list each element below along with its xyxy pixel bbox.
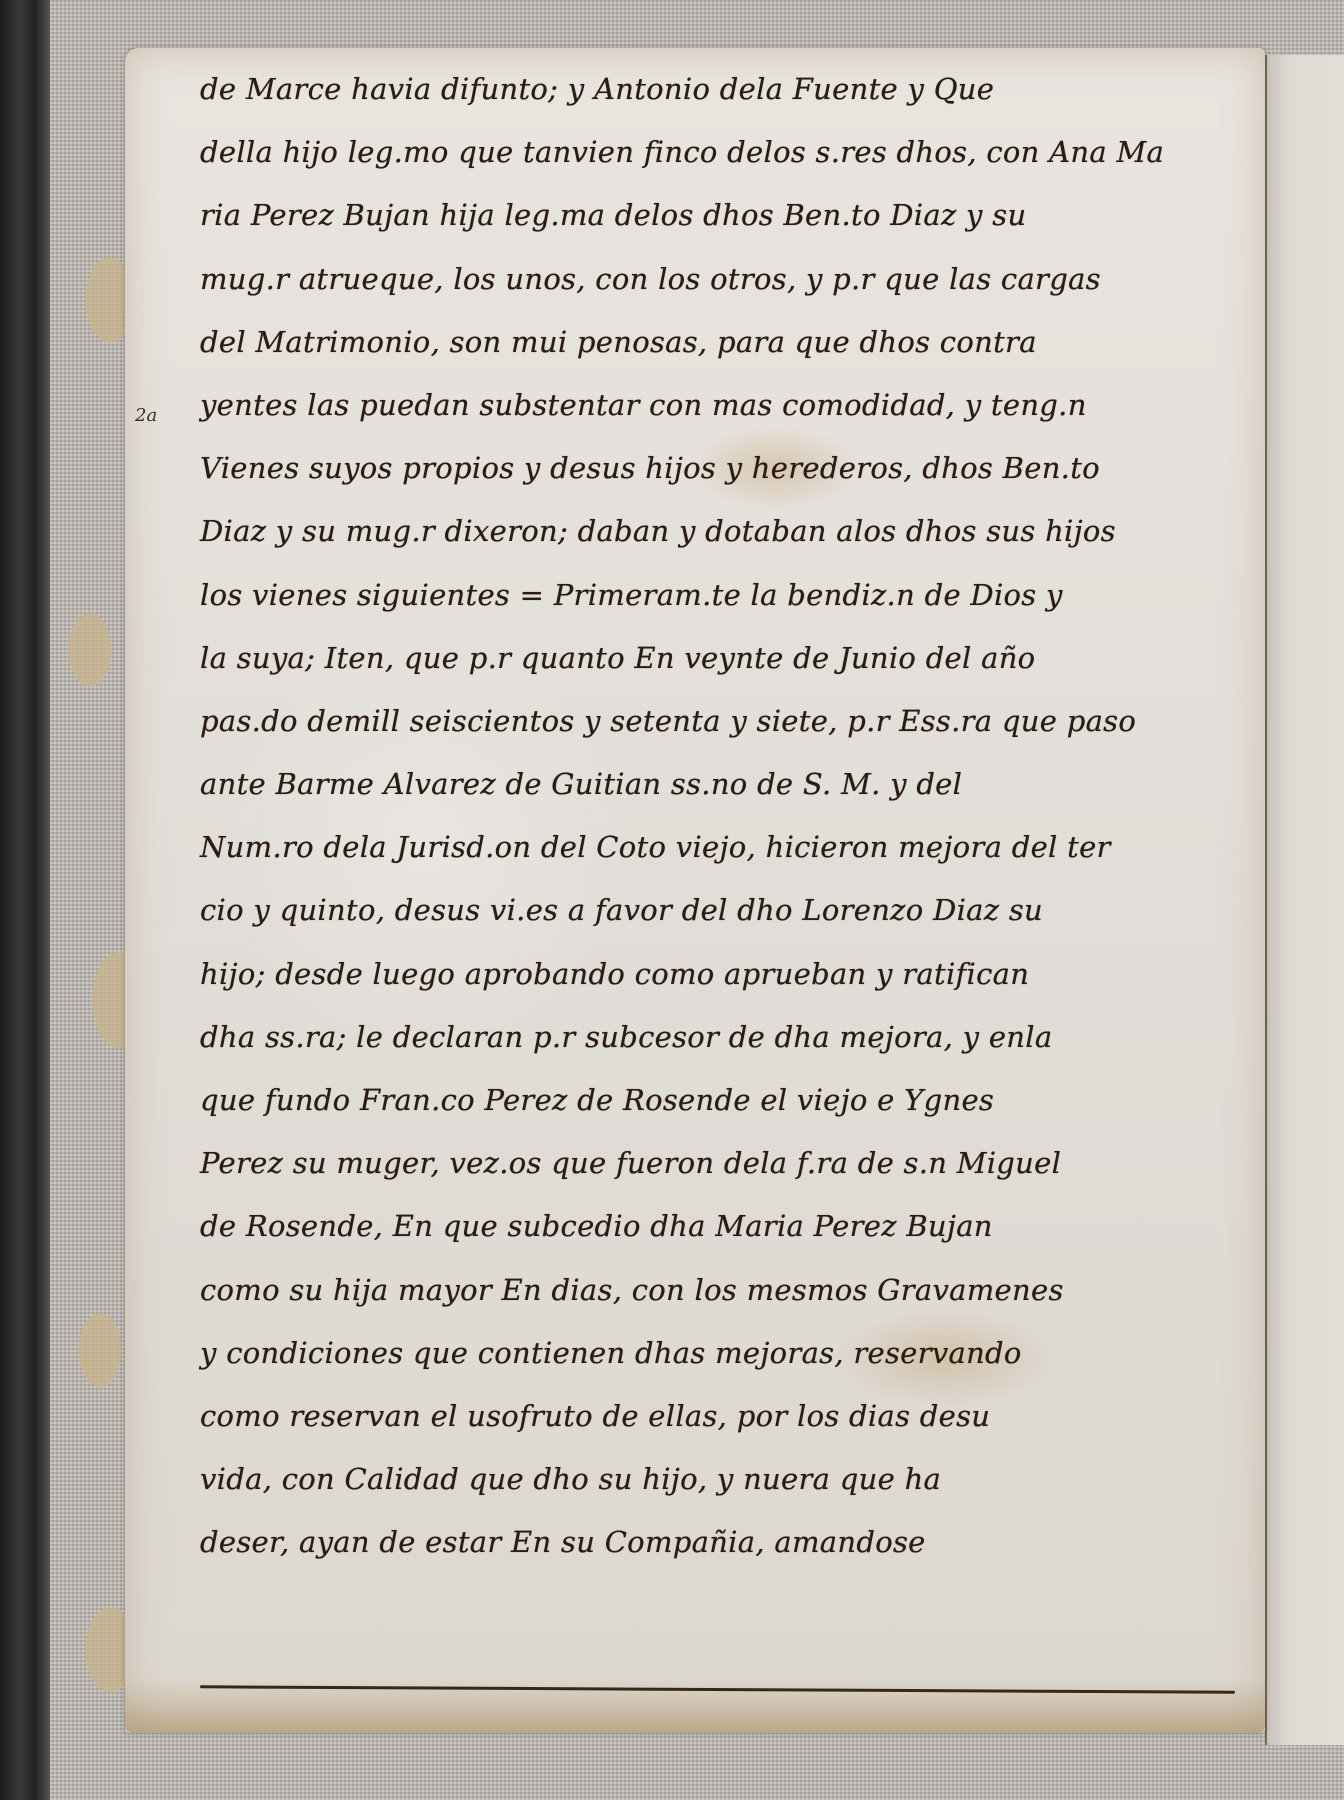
text-line: Diaz y su mug.r dixeron; daban y dotaban… [200,500,1240,563]
text-line: como reservan el usofruto de ellas, por … [200,1385,1240,1448]
text-line: Perez su muger, vez.os que fueron dela f… [200,1132,1240,1195]
text-line: dha ss.ra; le declaran p.r subcesor de d… [200,1006,1240,1069]
text-line: mug.r atrueque, los unos, con los otros,… [200,248,1240,311]
text-line: del Matrimonio, son mui penosas, para qu… [200,311,1240,374]
text-line: ria Perez Bujan hija leg.ma delos dhos B… [200,184,1240,247]
text-line: cio y quinto, desus vi.es a favor del dh… [200,879,1240,942]
text-line: y condiciones que contienen dhas mejoras… [200,1322,1240,1385]
text-line: la suya; Iten, que p.r quanto En veynte … [200,627,1240,690]
dark-background [0,0,50,1800]
text-line: los vienes siguientes = Primeram.te la b… [200,564,1240,627]
manuscript-page: de Marce havia difunto; y Antonio dela F… [125,48,1265,1733]
text-line: pas.do demill seiscientos y setenta y si… [200,690,1240,753]
manuscript-text: de Marce havia difunto; y Antonio dela F… [200,58,1240,1575]
text-line: de Rosende, En que subcedio dha Maria Pe… [200,1195,1240,1258]
text-line: deser, ayan de estar En su Compañia, ama… [200,1511,1240,1574]
text-line: yentes las puedan substentar con mas com… [200,374,1240,437]
text-line: como su hija mayor En dias, con los mesm… [200,1259,1240,1322]
text-line: de Marce havia difunto; y Antonio dela F… [200,58,1240,121]
text-line: hijo; desde luego aprobando como aprueba… [200,943,1240,1006]
adjacent-page-edge [1265,55,1344,1745]
margin-note: 2a [135,405,157,426]
text-line: Vienes suyos propios y desus hijos y her… [200,437,1240,500]
text-line: que fundo Fran.co Perez de Rosende el vi… [200,1069,1240,1132]
text-line: Num.ro dela Jurisd.on del Coto viejo, hi… [200,816,1240,879]
text-line: vida, con Calidad que dho su hijo, y nue… [200,1448,1240,1511]
text-line: ante Barme Alvarez de Guitian ss.no de S… [200,753,1240,816]
text-line: della hijo leg.mo que tanvien finco delo… [200,121,1240,184]
